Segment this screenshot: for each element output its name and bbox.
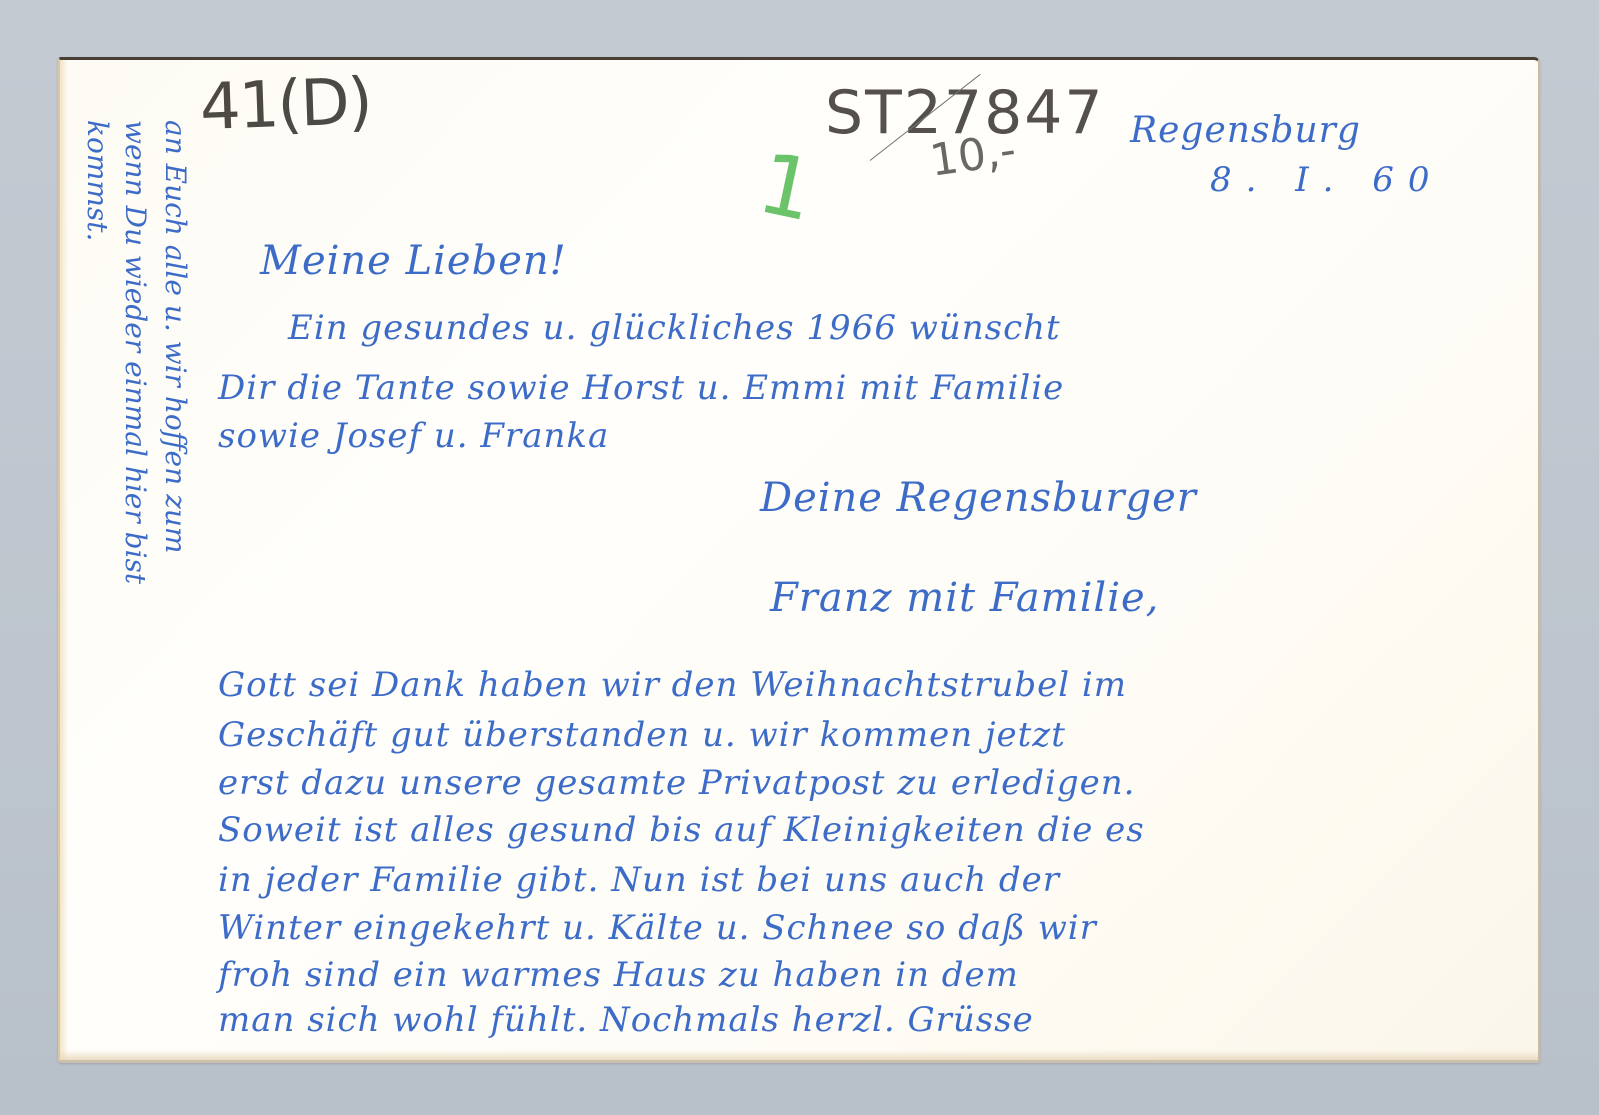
postscript-line: Soweit ist alles gesund bis auf Kleinigk…: [218, 810, 1145, 850]
postscript-line: Gott sei Dank haben wir den Weihnachtstr…: [218, 665, 1127, 705]
margin-note-line: an Euch alle u. wir hoffen zum: [159, 120, 192, 553]
postscript-line: Geschäft gut überstanden u. wir kommen j…: [218, 715, 1066, 755]
margin-note: an Euch alle u. wir hoffen zum wenn Du w…: [72, 120, 222, 1040]
letter-line: sowie Josef u. Franka: [218, 416, 609, 456]
letter-salutation: Meine Lieben!: [260, 238, 567, 284]
margin-note-line: wenn Du wieder einmal hier bist: [119, 120, 152, 584]
letter-closing: Deine Regensburger: [760, 475, 1197, 521]
margin-note-line: kommst.: [81, 120, 114, 241]
letter-signature: Franz mit Familie,: [770, 575, 1159, 621]
green-pencil-mark: 1: [750, 134, 823, 241]
postcard: 41(D) ST27847 10,- 1 Regensburg 8. I. 60…: [58, 57, 1540, 1063]
letter-line: Ein gesundes u. glückliches 1966 wünscht: [288, 308, 1061, 348]
letter-date: 8. I. 60: [1210, 160, 1444, 200]
postscript-line: froh sind ein warmes Haus zu haben in de…: [218, 955, 1019, 995]
pencil-catalog-left: 41(D): [199, 65, 372, 145]
postscript-line: in jeder Familie gibt. Nun ist bei uns a…: [218, 860, 1060, 900]
postscript-line: Winter eingekehrt u. Kälte u. Schnee so …: [218, 908, 1097, 948]
postscript-line: man sich wohl fühlt. Nochmals herzl. Grü…: [218, 1000, 1034, 1040]
pencil-price: 10,-: [927, 124, 1019, 186]
postscript-line: erst dazu unsere gesamte Privatpost zu e…: [218, 763, 1135, 803]
letter-line: Dir die Tante sowie Horst u. Emmi mit Fa…: [218, 368, 1064, 408]
letter-place: Regensburg: [1130, 110, 1361, 151]
